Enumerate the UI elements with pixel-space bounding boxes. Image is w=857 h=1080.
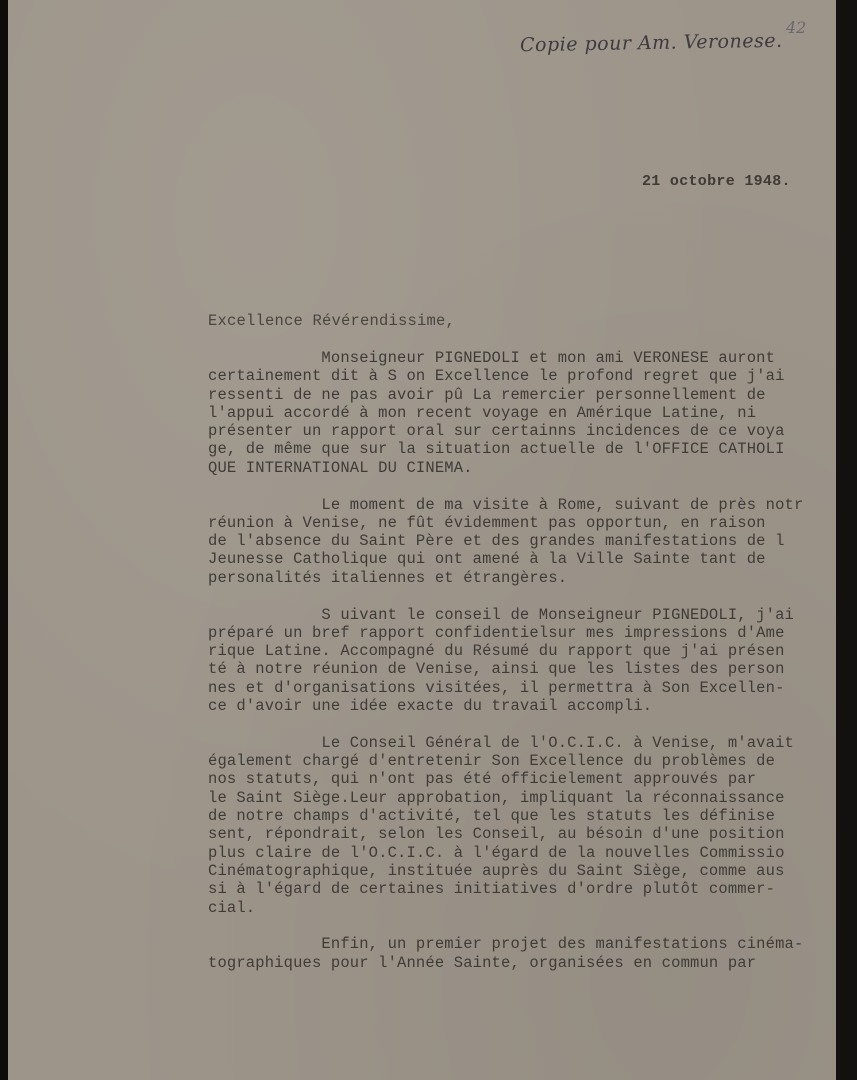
text-line: nes et d'organisations visitées, il perm… [208, 679, 848, 697]
text-line: ressenti de ne pas avoir pû La remercier… [208, 386, 848, 404]
text-line: Monseigneur PIGNEDOLI et mon ami VERONES… [208, 349, 848, 367]
text-line: présenter un rapport oral sur certainns … [208, 422, 848, 440]
page-number: 42 [786, 18, 806, 37]
text-line: l'appui accordé à mon recent voyage en A… [208, 404, 848, 422]
paragraph-5: Enfin, un premier projet des manifestati… [208, 935, 848, 972]
paragraph-1: Monseigneur PIGNEDOLI et mon ami VERONES… [208, 349, 848, 477]
text-line: Le moment de ma visite à Rome, suivant d… [208, 496, 848, 514]
text-line: plus claire de l'O.C.I.C. à l'égard de l… [208, 844, 848, 862]
text-line: personalités italiennes et étrangères. [208, 569, 848, 587]
text-line: ce d'avoir une idée exacte du travail ac… [208, 697, 848, 715]
text-line: ge, de même que sur la situation actuell… [208, 440, 848, 458]
paragraph-2: Le moment de ma visite à Rome, suivant d… [208, 496, 848, 587]
text-line: de notre champs d'activité, tel que les … [208, 807, 848, 825]
text-line: de l'absence du Saint Père et des grande… [208, 532, 848, 550]
paragraph-4: Le Conseil Général de l'O.C.I.C. à Venis… [208, 734, 848, 917]
letter-date: 21 octobre 1948. [642, 173, 791, 190]
text-line: tographiques pour l'Année Sainte, organi… [208, 954, 848, 972]
letter-salutation: Excellence Révérendissime, [208, 312, 455, 330]
text-line: Cinématographique, instituée auprès du S… [208, 862, 848, 880]
text-line: rique Latine. Accompagné du Résumé du ra… [208, 642, 848, 660]
text-line: préparé un bref rapport confidentielsur … [208, 624, 848, 642]
text-line: nos statuts, qui n'ont pas été officiele… [208, 770, 848, 788]
text-line: Le Conseil Général de l'O.C.I.C. à Venis… [208, 734, 848, 752]
handwritten-annotation: Copie pour Am. Veronese. [520, 30, 783, 57]
text-line: cial. [208, 899, 848, 917]
text-line: QUE INTERNATIONAL DU CINEMA. [208, 459, 848, 477]
text-line: le Saint Siège.Leur approbation, impliqu… [208, 789, 848, 807]
text-line: té à notre réunion de Venise, ainsi que … [208, 660, 848, 678]
paragraph-3: S uivant le conseil de Monseigneur PIGNE… [208, 606, 848, 716]
text-line: Jeunesse Catholique qui ont amené à la V… [208, 550, 848, 568]
text-line: S uivant le conseil de Monseigneur PIGNE… [208, 606, 848, 624]
text-line: Enfin, un premier projet des manifestati… [208, 935, 848, 953]
letter-body: Monseigneur PIGNEDOLI et mon ami VERONES… [208, 349, 848, 990]
text-line: sent, répondrait, selon les Conseil, au … [208, 825, 848, 843]
text-line: certainement dit à S on Excellence le pr… [208, 367, 848, 385]
scan-left-border [0, 0, 8, 1080]
text-line: réunion à Venise, ne fût évidemment pas … [208, 514, 848, 532]
text-line: si à l'égard de certaines initiatives d'… [208, 880, 848, 898]
text-line: également chargé d'entretenir Son Excell… [208, 752, 848, 770]
